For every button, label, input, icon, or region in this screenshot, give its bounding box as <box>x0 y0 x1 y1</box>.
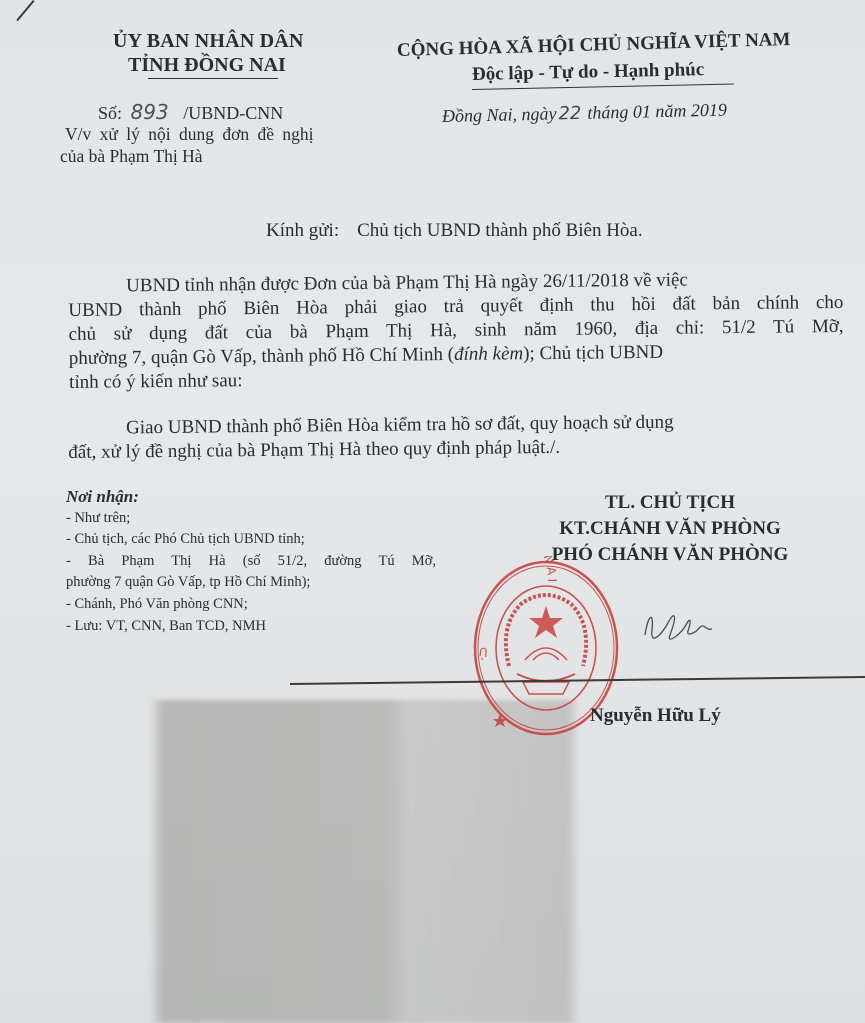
signature-title-2: KT.CHÁNH VĂN PHÒNG <box>520 516 820 542</box>
agency-underline <box>148 78 278 79</box>
distribution-list: Nơi nhận: - Như trên; - Chủ tịch, các Ph… <box>66 486 436 637</box>
date-suffix: tháng 01 năm 2019 <box>587 100 727 123</box>
photo-shadow <box>150 700 580 1023</box>
distribution-item: phường 7 quận Gò Vấp, tp Hồ Chí Minh); <box>66 572 436 594</box>
subject-line2: của bà Phạm Thị Hà <box>60 146 203 167</box>
handwritten-signature <box>640 605 740 650</box>
handwritten-day: 22 <box>556 103 587 125</box>
date-prefix: Đồng Nai, ngày <box>442 103 557 126</box>
signature-title-1: TL. CHỦ TỊCH <box>520 490 820 516</box>
distribution-item: - Bà Phạm Thị Hà (số 51/2, đường Tú Mỡ, <box>66 551 436 573</box>
distribution-item: - Chánh, Phó Văn phòng CNN; <box>66 594 436 616</box>
distribution-item: - Chủ tịch, các Phó Chủ tịch UBND tỉnh; <box>66 529 436 551</box>
body-paragraph-2: Giao UBND thành phố Biên Hòa kiểm tra hồ… <box>68 409 843 465</box>
distribution-title: Nơi nhận: <box>66 486 436 508</box>
handwritten-number: 893 <box>127 100 179 124</box>
agency-name-line1: ỦY BAN NHÂN DÂN <box>113 30 304 53</box>
agency-name-line2: TỈNH ĐỒNG NAI <box>128 54 286 77</box>
subject-line1: V/v xử lý nội dung đơn đề nghị <box>65 124 313 145</box>
recipient-value: Chủ tịch UBND thành phố Biên Hòa. <box>339 220 643 241</box>
attachment-note: đính kèm <box>454 343 523 365</box>
document-number: Số: 893 /UBND-CNN <box>98 100 283 124</box>
number-suffix: /UBND-CNN <box>183 103 283 123</box>
distribution-item: - Lưu: VT, CNN, Ban TCD, NMH <box>66 616 436 638</box>
recipient-line: Kính gửi:Chủ tịch UBND thành phố Biên Hò… <box>266 220 643 242</box>
body-paragraph-1: UBND tỉnh nhận được Đơn của bà Phạm Thị … <box>68 267 844 395</box>
distribution-item: - Như trên; <box>66 508 436 530</box>
number-label: Số: <box>98 103 122 123</box>
signer-name: Nguyễn Hữu Lý <box>590 705 721 727</box>
recipient-label: Kính gửi: <box>266 220 339 241</box>
